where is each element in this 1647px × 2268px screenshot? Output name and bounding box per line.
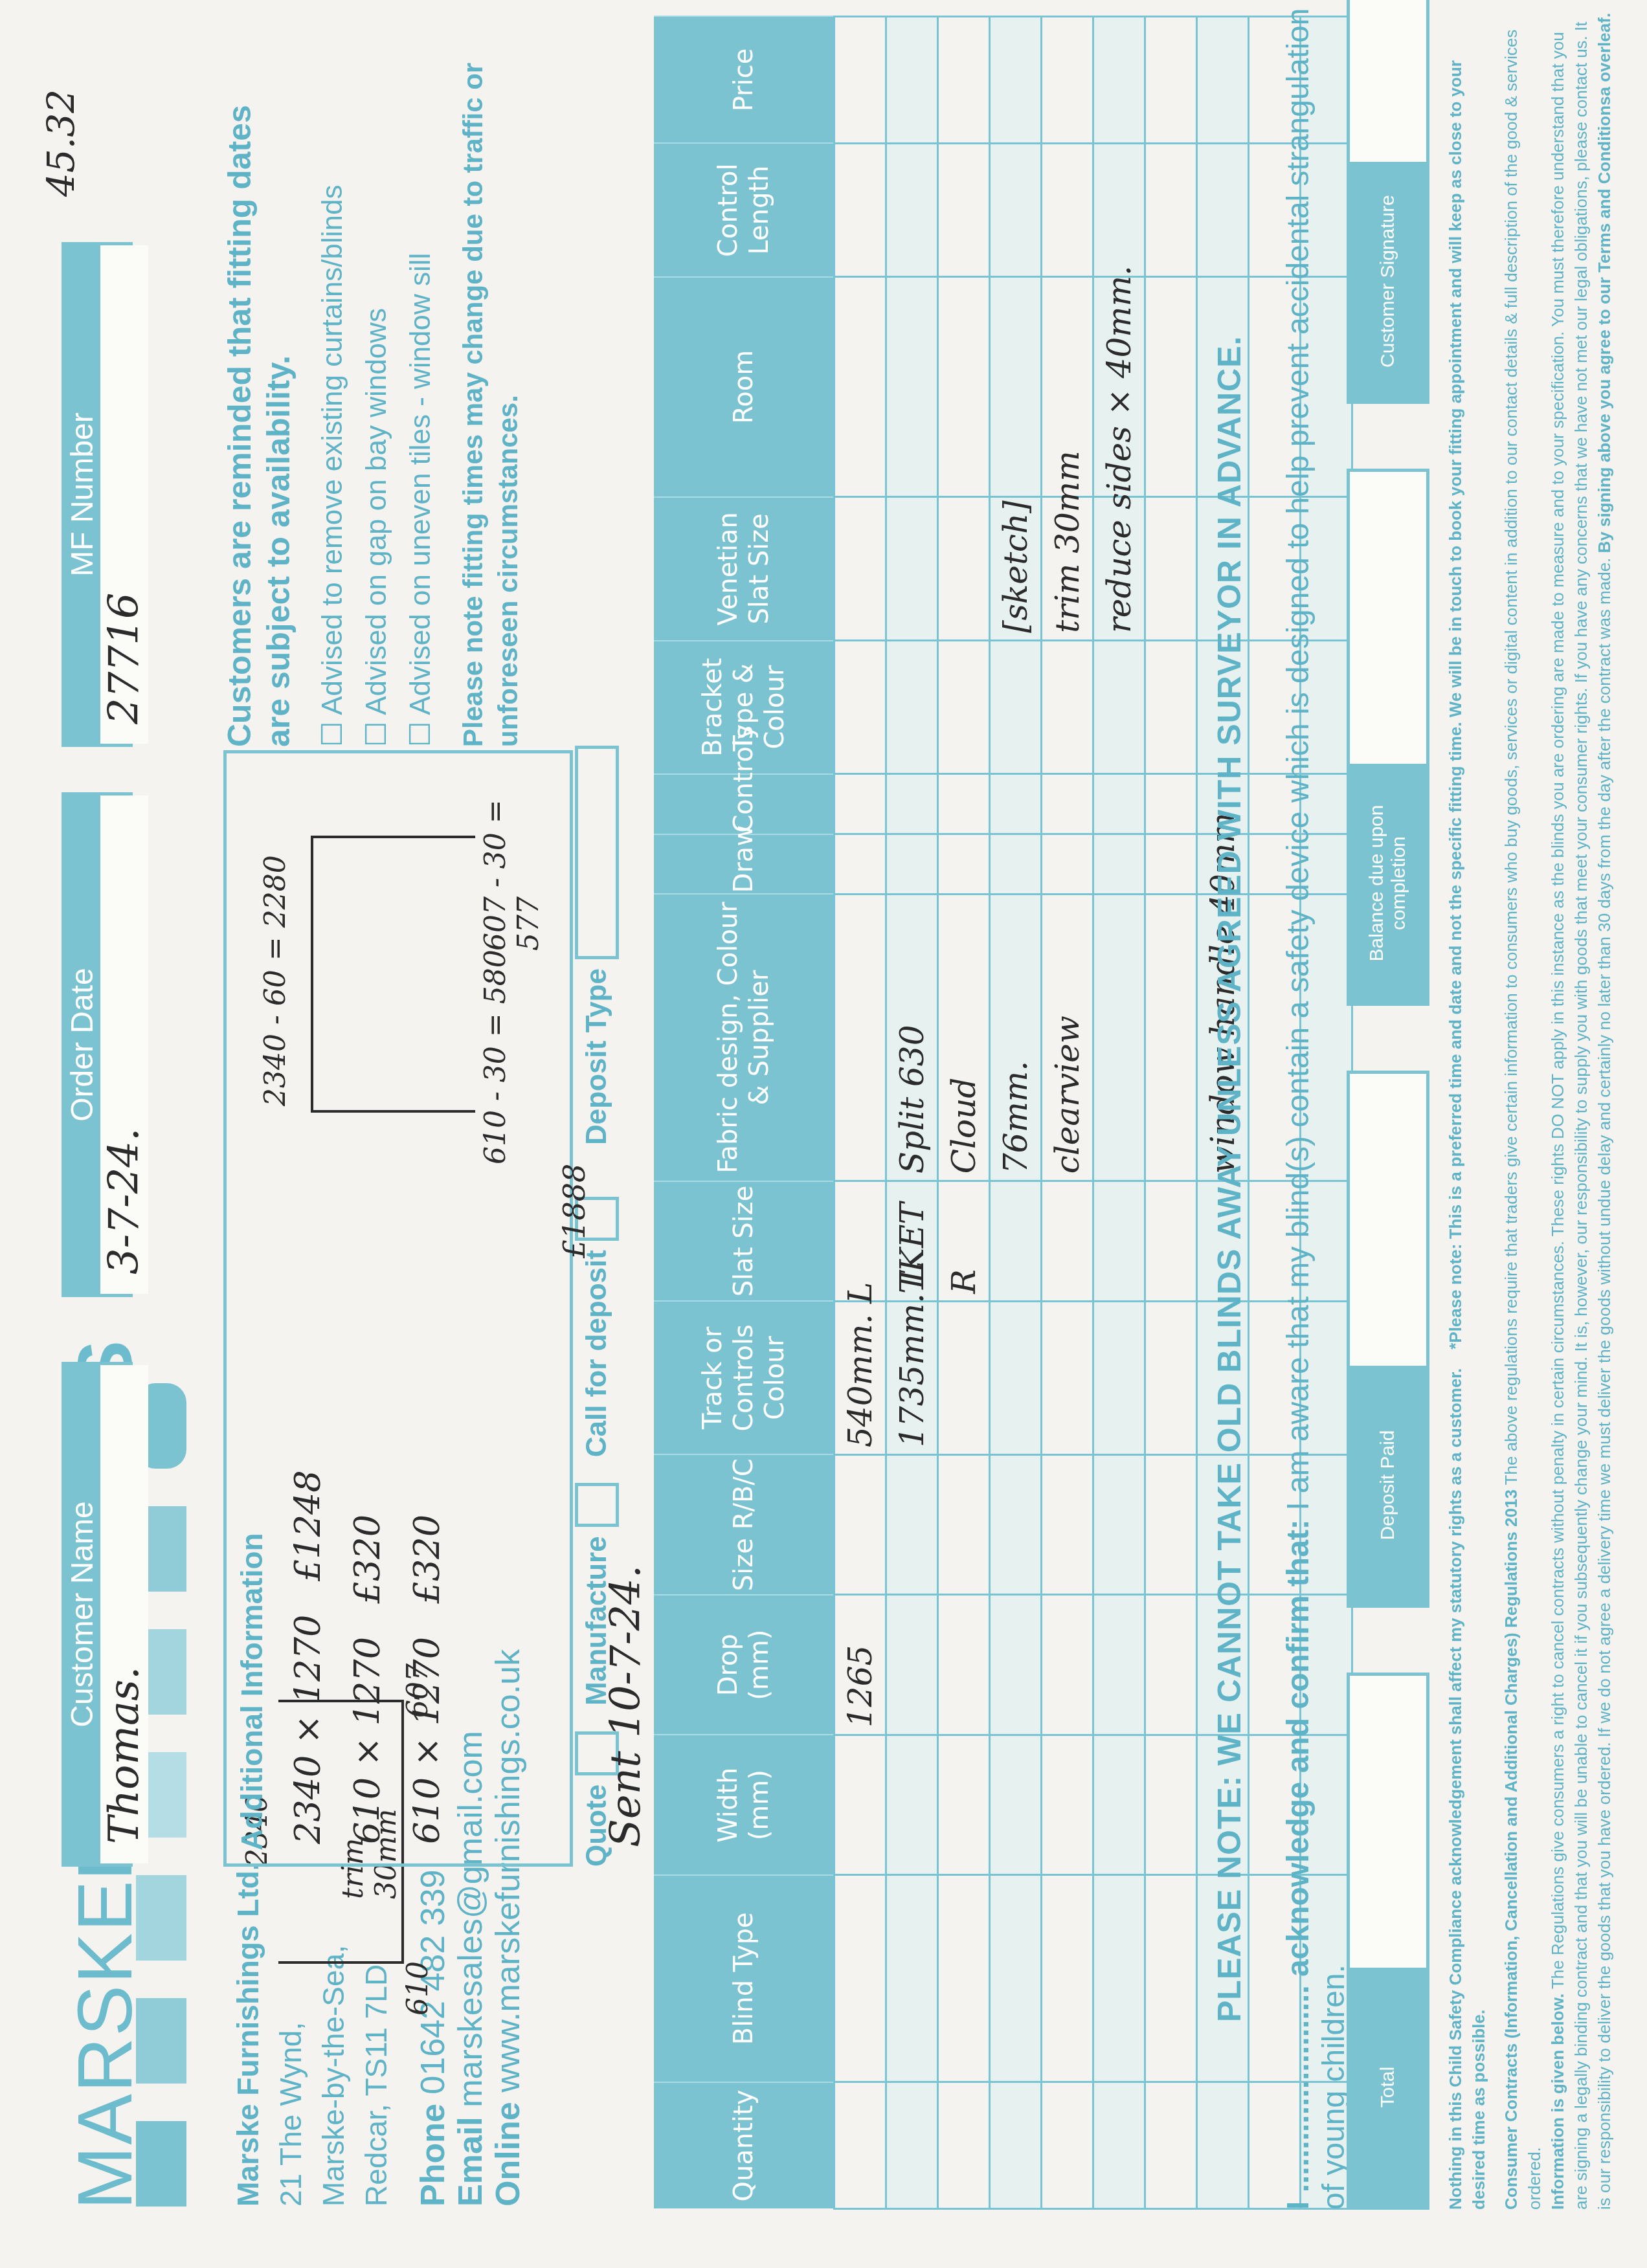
column-header: Controls: [654, 774, 835, 834]
table-cell[interactable]: [1042, 1875, 1093, 2082]
table-cell[interactable]: [1145, 1875, 1197, 2082]
table-cell[interactable]: Split 630: [886, 894, 938, 1181]
totals-row: Total Deposit Paid Balance due upon comp…: [1347, 0, 1429, 2210]
additional-info-lines: 2340 × 1270 £1248 610 × 1270 £320 610 × …: [278, 1470, 457, 1844]
column-header: Drop (mm): [654, 1595, 835, 1735]
table-cell[interactable]: [1042, 641, 1093, 774]
table-row: 76mm.[sketch]: [990, 17, 1042, 2209]
table-cell[interactable]: [1093, 834, 1145, 895]
table-cell[interactable]: [990, 641, 1042, 774]
customer-signature-box[interactable]: Customer Signature: [1347, 0, 1429, 404]
table-cell[interactable]: [835, 1875, 886, 2082]
column-header: Control Length: [654, 144, 835, 277]
table-cell[interactable]: 76mm.: [990, 894, 1042, 1181]
table-cell[interactable]: [1197, 2082, 1249, 2209]
table-cell[interactable]: [938, 497, 990, 641]
table-cell[interactable]: [1093, 17, 1145, 144]
table-row: reduce sides × 40mm.: [1093, 17, 1145, 2209]
table-cell[interactable]: [1042, 834, 1093, 895]
swatch-icon: [136, 1998, 186, 2084]
table-cell[interactable]: [938, 277, 990, 497]
table-cell[interactable]: [886, 2082, 938, 2209]
table-cell[interactable]: [835, 774, 886, 834]
table-cell[interactable]: [990, 1875, 1042, 2082]
table-cell[interactable]: [835, 641, 886, 774]
table-cell[interactable]: [886, 834, 938, 895]
table-cell[interactable]: clearview: [1042, 894, 1093, 1181]
table-row: [1145, 17, 1197, 2209]
table-cell[interactable]: [1145, 2082, 1197, 2209]
table-cell[interactable]: [1093, 774, 1145, 834]
table-cell[interactable]: [1042, 17, 1093, 144]
table-cell[interactable]: [1145, 1301, 1197, 1454]
table-cell[interactable]: [1145, 1595, 1197, 1735]
table-cell[interactable]: [1093, 894, 1145, 1181]
table-cell[interactable]: [938, 1735, 990, 1875]
table-cell[interactable]: [1093, 1181, 1145, 1302]
table-cell[interactable]: [1093, 1875, 1145, 2082]
table-cell[interactable]: [938, 834, 990, 895]
table-cell[interactable]: [990, 1454, 1042, 1595]
table-cell[interactable]: [835, 894, 886, 1181]
table-cell[interactable]: [1042, 144, 1093, 277]
table-cell[interactable]: [886, 641, 938, 774]
manufacture-checkbox[interactable]: [575, 1483, 619, 1527]
table-cell[interactable]: [1093, 641, 1145, 774]
table-cell[interactable]: [1197, 17, 1249, 144]
table-row: clearviewtrim 30mm: [1042, 17, 1093, 2209]
table-cell[interactable]: [835, 144, 886, 277]
table-cell[interactable]: reduce sides × 40mm.: [1093, 497, 1145, 641]
table-cell[interactable]: [938, 144, 990, 277]
table-cell[interactable]: [1145, 277, 1197, 497]
column-header: Fabric design, Colour & Supplier: [654, 894, 835, 1181]
table-cell[interactable]: [1093, 2082, 1145, 2209]
table-cell[interactable]: [938, 17, 990, 144]
table-cell[interactable]: [938, 2082, 990, 2209]
table-cell[interactable]: [sketch]: [990, 497, 1042, 641]
table-cell[interactable]: [1042, 774, 1093, 834]
table-cell[interactable]: [990, 1181, 1042, 1302]
table-cell[interactable]: [835, 1735, 886, 1875]
table-cell[interactable]: [938, 1454, 990, 1595]
total-note: £1888: [557, 1164, 592, 1258]
table-cell[interactable]: [938, 1301, 990, 1454]
column-header: Size R/B/C: [654, 1454, 835, 1595]
table-cell[interactable]: [835, 497, 886, 641]
order-table: QuantityBlind TypeWidth (mm)Drop (mm)Siz…: [654, 16, 1353, 2210]
column-header: Quantity: [654, 2082, 835, 2209]
table-cell[interactable]: [1093, 1735, 1145, 1875]
table-cell[interactable]: [1093, 1301, 1145, 1454]
table-cell[interactable]: [1145, 894, 1197, 1181]
customer-name-field[interactable]: Customer Name Thomas.: [62, 1362, 133, 1867]
table-cell[interactable]: [990, 17, 1042, 144]
table-cell[interactable]: [1042, 1735, 1093, 1875]
mf-number-field[interactable]: MF Number 27716: [62, 242, 133, 747]
table-cell[interactable]: [1042, 1181, 1093, 1302]
table-header: QuantityBlind TypeWidth (mm)Drop (mm)Siz…: [654, 17, 835, 2209]
table-cell[interactable]: [1093, 1454, 1145, 1595]
table-body: 1265540mm. L1735mm. LTKETSplit 630RCloud…: [835, 17, 1352, 2209]
additional-information-box[interactable]: Additional Information 2340 × 1270 £1248…: [223, 750, 573, 1867]
table-cell[interactable]: [990, 834, 1042, 895]
table-cell[interactable]: [835, 834, 886, 895]
table-cell[interactable]: [990, 1595, 1042, 1735]
column-header: Price: [654, 17, 835, 144]
table-cell[interactable]: [886, 774, 938, 834]
table-cell[interactable]: [835, 277, 886, 497]
table-cell[interactable]: [1042, 1595, 1093, 1735]
table-cell[interactable]: [1093, 144, 1145, 277]
table-cell[interactable]: 540mm. L: [835, 1301, 886, 1454]
table-cell[interactable]: [1197, 144, 1249, 277]
swatch-icon: [136, 1875, 186, 1961]
table-cell[interactable]: [1093, 1595, 1145, 1735]
table-cell[interactable]: [886, 497, 938, 641]
fitting-notice: Customers are reminded that fitting date…: [220, 48, 526, 747]
table-cell[interactable]: [835, 1454, 886, 1595]
table-cell[interactable]: [990, 277, 1042, 497]
table-cell[interactable]: [1145, 17, 1197, 144]
table-row: 1735mm. LTKETSplit 630: [886, 17, 938, 2209]
window-sketch: 2340 - 60 = 2280 610 - 30 = 580 607 - 30…: [252, 776, 537, 1164]
order-date-field[interactable]: Order Date 3-7-24.: [62, 792, 133, 1297]
column-header: Room: [654, 277, 835, 497]
table-cell[interactable]: [990, 1301, 1042, 1454]
column-header: Track or Controls Colour: [654, 1301, 835, 1454]
table-cell[interactable]: [1145, 1181, 1197, 1302]
table-cell[interactable]: [886, 1875, 938, 2082]
table-cell[interactable]: [835, 17, 886, 144]
table-cell[interactable]: [990, 774, 1042, 834]
column-header: Slat Size: [654, 1181, 835, 1302]
table-cell[interactable]: [1042, 2082, 1093, 2209]
table-cell[interactable]: [886, 1735, 938, 1875]
table-cell[interactable]: 1735mm. L: [886, 1301, 938, 1454]
table-row: 1265540mm. L: [835, 17, 886, 2209]
table-cell[interactable]: [938, 641, 990, 774]
table-cell[interactable]: [1145, 774, 1197, 834]
table-cell[interactable]: [1145, 497, 1197, 641]
table-cell[interactable]: R: [938, 1181, 990, 1302]
table-cell[interactable]: [1145, 641, 1197, 774]
fine-print: Nothing in this Child Safety Compliance …: [1444, 9, 1616, 2210]
table-cell[interactable]: [886, 1454, 938, 1595]
table-cell[interactable]: [886, 1595, 938, 1735]
table-cell[interactable]: [886, 277, 938, 497]
column-header: Venetian Slat Size: [654, 497, 835, 641]
balance-due-box[interactable]: Balance due upon completion: [1347, 469, 1429, 1006]
total-box[interactable]: Total: [1347, 1673, 1429, 2210]
table-cell[interactable]: [990, 2082, 1042, 2209]
table-cell[interactable]: [1042, 1301, 1093, 1454]
table-cell[interactable]: [1145, 1454, 1197, 1595]
table-row: RCloud: [938, 17, 990, 2209]
order-form: MARSKEFURNISHINGS Marske Furnishings Ltd…: [0, 0, 1647, 2268]
table-cell[interactable]: TKET: [886, 1181, 938, 1302]
table-cell[interactable]: [1145, 1735, 1197, 1875]
sent-note: Sent 10-7-24.: [602, 1565, 650, 1847]
table-cell[interactable]: [1042, 1454, 1093, 1595]
advice-options: ☐ Advised to remove existing curtains/bl…: [311, 48, 443, 747]
column-header: Blind Type: [654, 1875, 835, 2082]
table-cell[interactable]: Cloud: [938, 894, 990, 1181]
table-cell[interactable]: trim 30mm: [1042, 497, 1093, 641]
column-header: Width (mm): [654, 1735, 835, 1875]
table-cell[interactable]: [1145, 144, 1197, 277]
table-cell[interactable]: [990, 1735, 1042, 1875]
table-cell[interactable]: 1265: [835, 1595, 886, 1735]
table-cell[interactable]: [886, 17, 938, 144]
table-cell[interactable]: [886, 144, 938, 277]
acknowledgement: I ........................ acknowledge a…: [1281, 0, 1352, 2210]
please-note-banner: PLEASE NOTE: WE CANNOT TAKE OLD BLINDS A…: [1211, 336, 1248, 2022]
table-cell[interactable]: [1145, 834, 1197, 895]
table-cell[interactable]: [938, 1875, 990, 2082]
table-cell[interactable]: [990, 144, 1042, 277]
margin-note: 45.32: [39, 89, 83, 197]
column-header: Draw: [654, 834, 835, 895]
deposit-paid-box[interactable]: Deposit Paid: [1347, 1071, 1429, 1608]
table-cell[interactable]: [938, 774, 990, 834]
swatch-icon: [136, 2121, 186, 2207]
table-cell[interactable]: [938, 1595, 990, 1735]
table-cell[interactable]: [835, 2082, 886, 2209]
deposit-type-field[interactable]: [575, 746, 619, 959]
